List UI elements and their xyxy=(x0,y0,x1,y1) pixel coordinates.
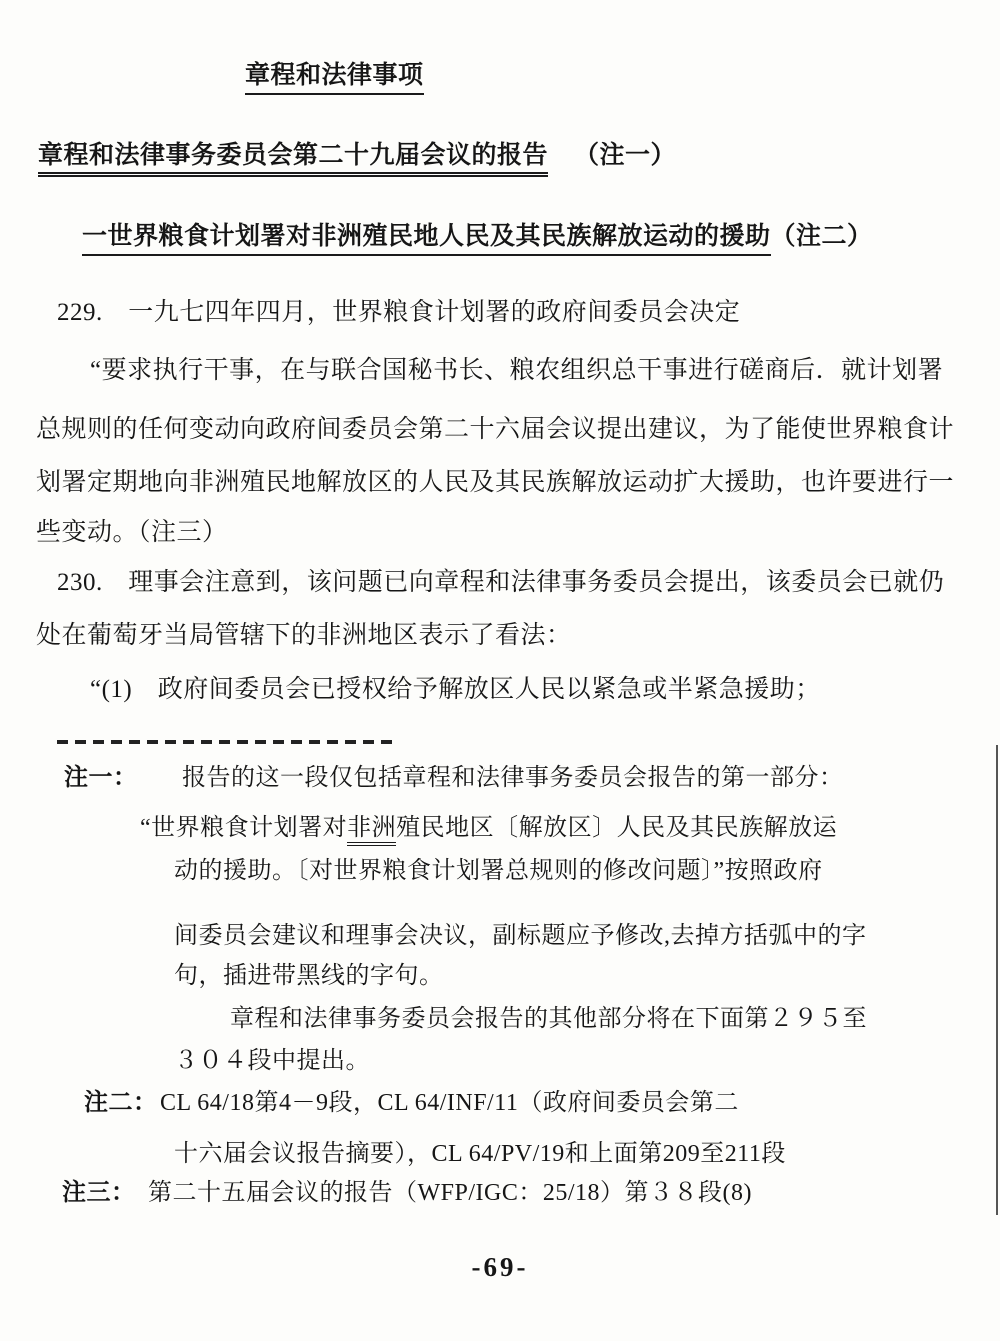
scan-edge-artifact xyxy=(996,745,998,1215)
footnote-1-line-1: 报告的这一段仅包括章程和法律事务委员会报告的第一部分： xyxy=(182,763,844,793)
footnote-separator-line xyxy=(57,740,399,744)
footnote-1-line-2: “世界粮食计划署对非洲殖民地区〔解放区〕人民及其民族解放运 xyxy=(140,813,837,843)
wfp-subheading-text: 一世界粮食计划署对非洲殖民地人民及其民族解放运动的援助 xyxy=(82,223,771,256)
footnote-2-line-1: CL 64/18第4－9段，CL 64/INF/11（政府间委员会第二 xyxy=(160,1088,739,1118)
footnote-1-line-2-post: 殖民地区〔解放区〕人民及其民族解放运 xyxy=(396,815,837,841)
footnote-1-line-4: 间委员会建议和理事会决议，副标题应予修改,去掉方括弧中的字 xyxy=(174,921,867,951)
para-230-line-1: 230. 理事会注意到，该问题已向章程和法律事务委员会提出，该委员会已就仍 xyxy=(57,567,944,598)
para-230-line-2: 处在葡萄牙当局管辖下的非洲地区表示了看法： xyxy=(36,620,572,651)
para-229-line-5: 些变动。（注三） xyxy=(36,517,228,548)
footnote-3-line-1: 第二十五届会议的报告（WFP/IGC：25/18）第３８段(8) xyxy=(148,1178,752,1208)
footnote-1-label: 注一： xyxy=(64,763,138,793)
report-heading: 章程和法律事务委员会第二十九届会议的报告（注一） xyxy=(38,140,676,171)
footnote-1-line-3: 动的援助。〔对世界粮食计划署总规则的修改问题〕”按照政府 xyxy=(174,856,823,886)
para-229-line-2: “要求执行干事，在与联合国秘书长、粮农组织总干事进行磋商后．就计划署 xyxy=(90,355,943,386)
footnote-3-label: 注三： xyxy=(62,1178,136,1208)
footnote-2-label: 注二： xyxy=(84,1088,158,1118)
footnote-1-line-6: 章程和法律事务委员会报告的其他部分将在下面第２９５至 xyxy=(230,1004,867,1034)
document-page: 章程和法律事项 章程和法律事务委员会第二十九届会议的报告（注一） 一世界粮食计划… xyxy=(0,0,1000,1341)
footnote-1-line-7: ３０４段中提出。 xyxy=(174,1046,370,1076)
page-title-text: 章程和法律事项 xyxy=(245,62,424,95)
wfp-subheading-note: （注二） xyxy=(771,223,873,250)
footnote-1-line-5: 句，插进带黑线的字句。 xyxy=(174,961,444,991)
footnote-1-line-2-underlined: 非洲 xyxy=(347,815,396,846)
wfp-subheading: 一世界粮食计划署对非洲殖民地人民及其民族解放运动的援助（注二） xyxy=(82,221,873,252)
para-229-line-3: 总规则的任何变动向政府间委员会第二十六届会议提出建议，为了能使世界粮食计 xyxy=(36,414,954,445)
report-heading-text: 章程和法律事务委员会第二十九届会议的报告 xyxy=(38,142,548,177)
page-title: 章程和法律事项 xyxy=(245,60,424,91)
para-229-line-4: 划署定期地向非洲殖民地解放区的人民及其民族解放运动扩大援助，也许要进行一 xyxy=(36,467,954,498)
para-229-line-1: 229. 一九七四年四月，世界粮食计划署的政府间委员会决定 xyxy=(57,297,740,328)
footnote-2-line-2: 十六届会议报告摘要），CL 64/PV/19和上面第209至211段 xyxy=(174,1139,786,1169)
footnote-1-line-2-pre: “世界粮食计划署对 xyxy=(140,815,347,841)
para-230-item-1: “(1) 政府间委员会已授权给予解放区人民以紧急或半紧急援助； xyxy=(90,674,821,705)
report-heading-note: （注一） xyxy=(574,142,676,169)
page-number: -69- xyxy=(0,1252,1000,1283)
